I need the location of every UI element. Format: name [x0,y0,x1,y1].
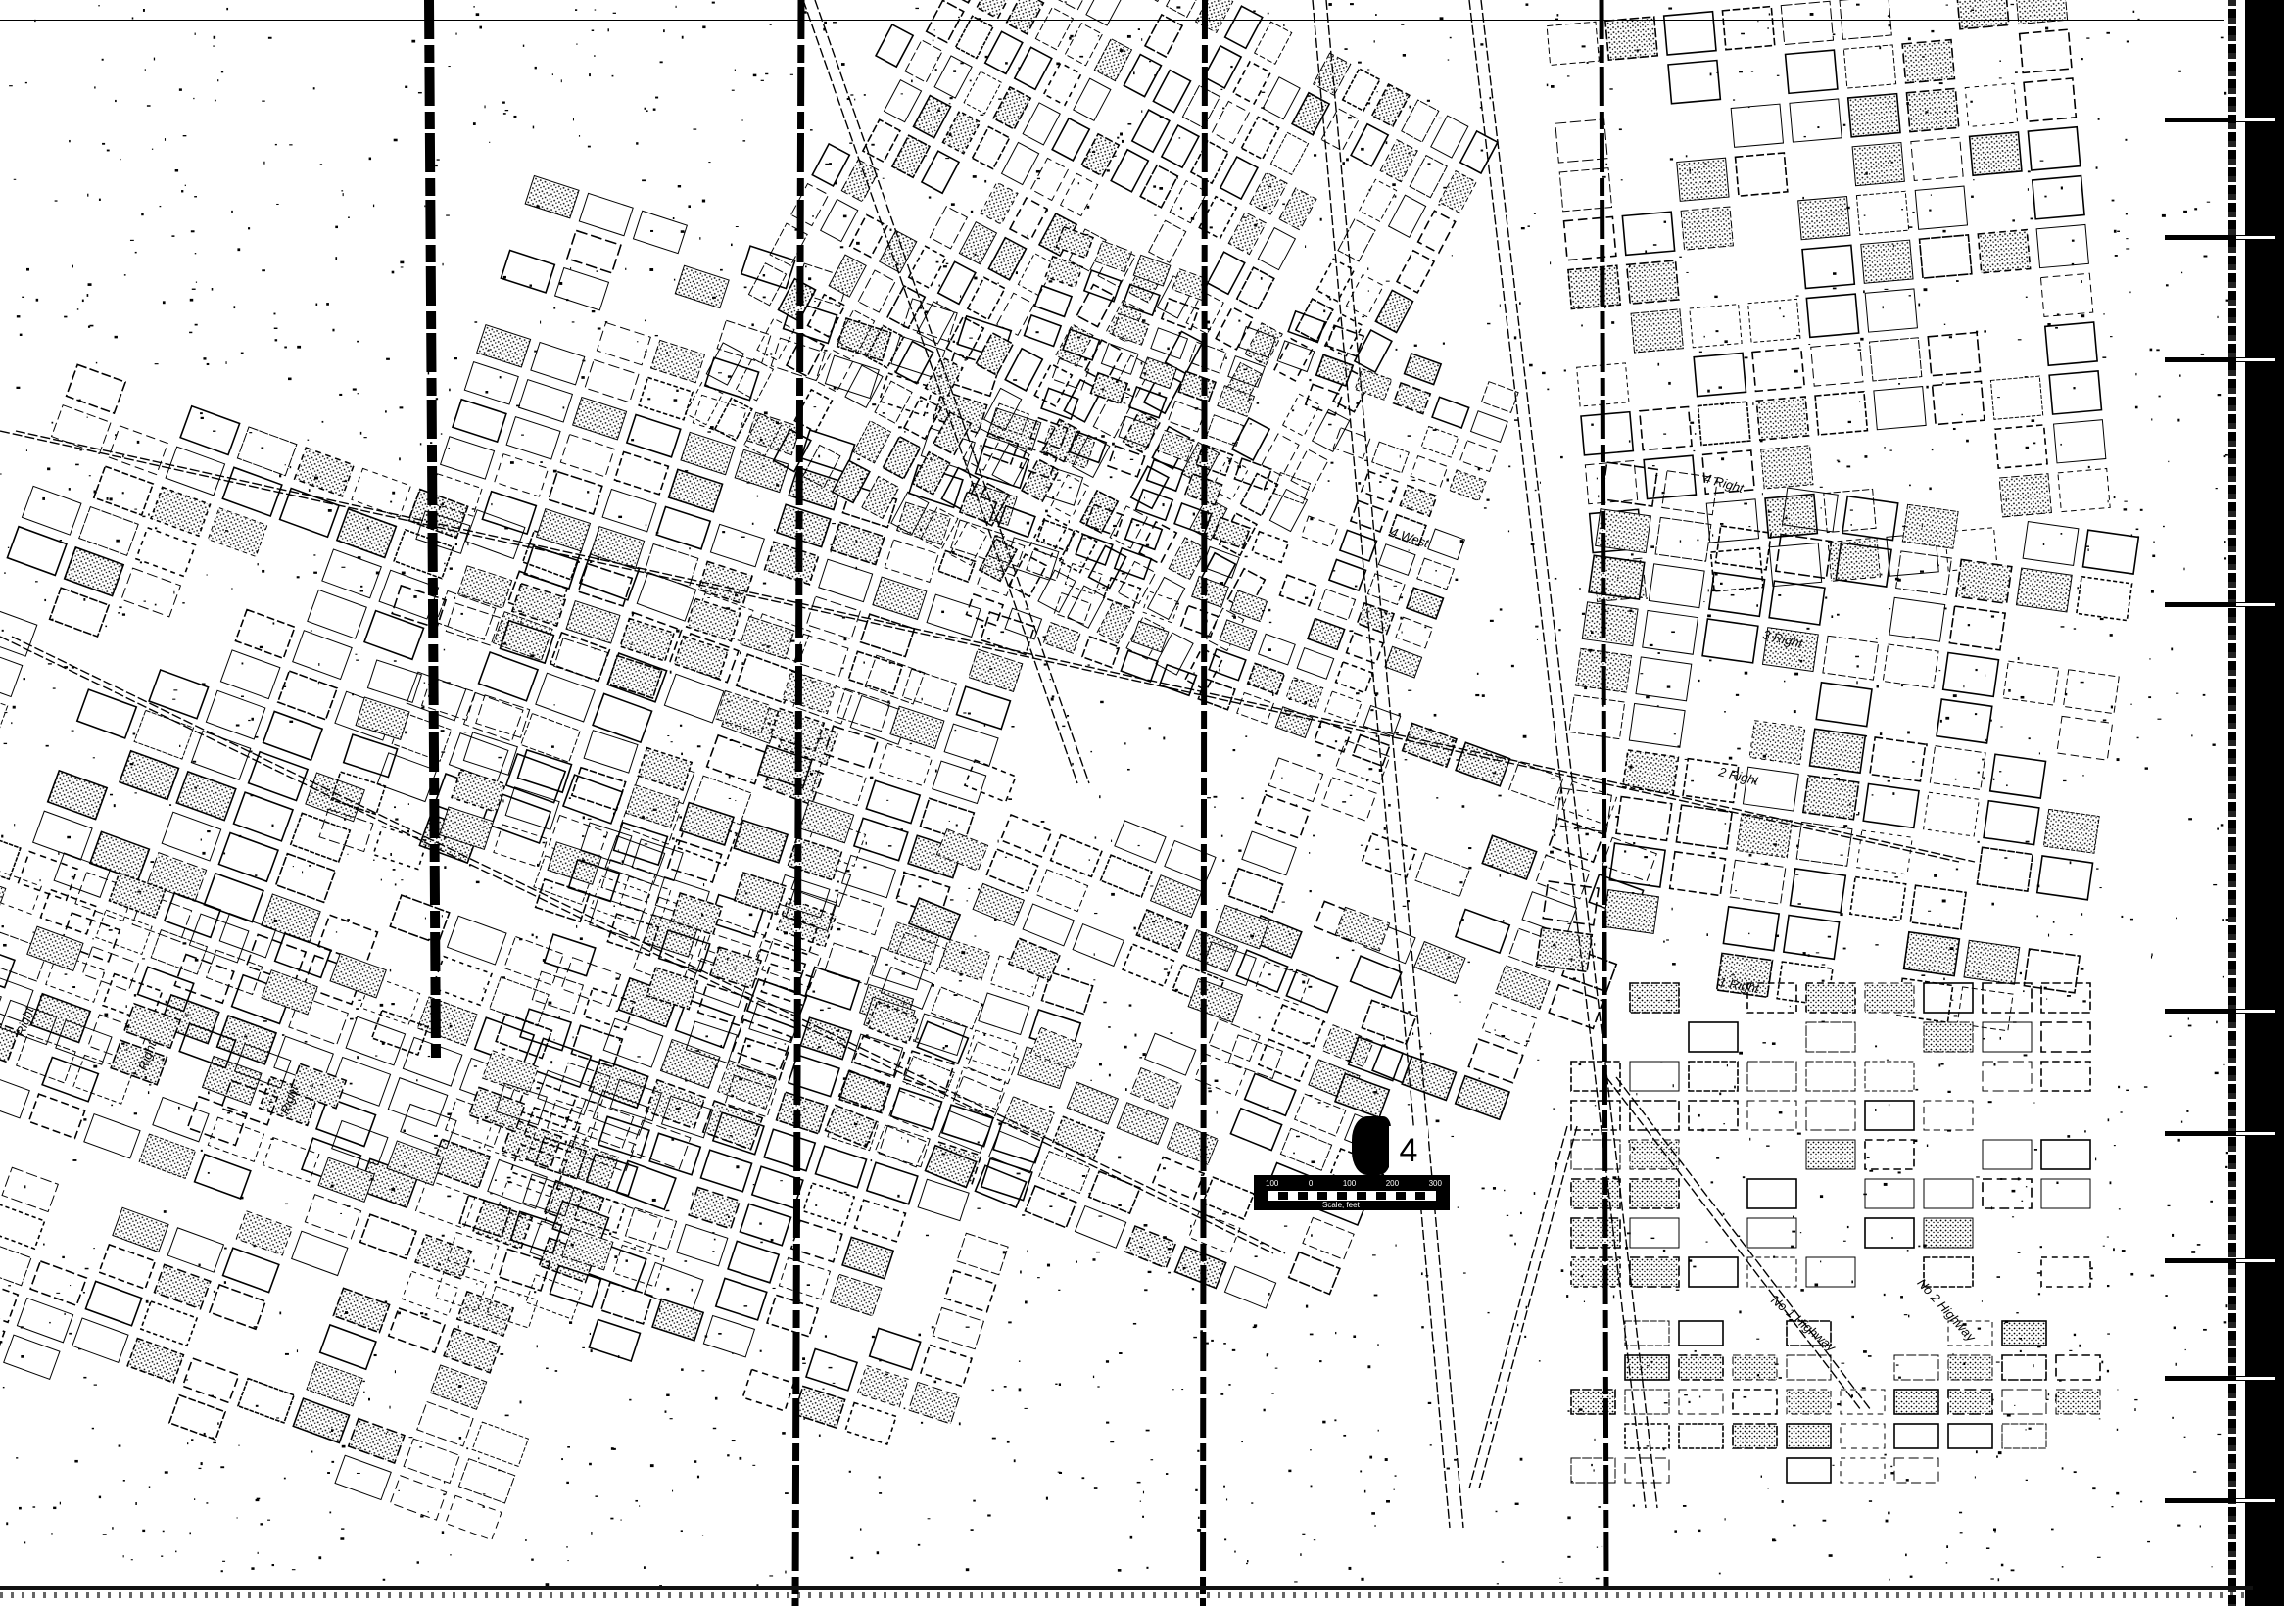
frame-tick-gap [2236,1010,2275,1013]
bottom-frame-line [0,1586,2253,1590]
scale-ticks: 100 0 100 200 300 [1266,1179,1442,1188]
frame-tick-gap [2236,236,2275,239]
scale-tick: 100 [1343,1179,1356,1188]
frame-tick-gap [2236,1132,2275,1135]
sheet-number: 4 [1389,1126,1428,1175]
frame-tick-gap [2236,358,2275,361]
frame-tick-gap [2236,603,2275,606]
scale-bar-graduation [1268,1191,1436,1201]
right-frame-border [2245,0,2284,1606]
frame-tick-gap [2236,1259,2275,1262]
right-frame-inner-border [2228,0,2236,1606]
frame-tick-gap [2236,1499,2275,1502]
sheet-marker-blot [1352,1116,1391,1175]
scale-tick: 300 [1429,1179,1442,1188]
top-frame-line [0,20,2224,21]
bottom-frame-noise [0,1592,2253,1598]
scale-tick: 100 [1266,1179,1278,1188]
scale-bar: 100 0 100 200 300 Scale, feet [1254,1175,1450,1210]
scanned-map-sheet: 4 West4 Right3 Right2 Right1 RightNo 1 H… [0,0,2296,1606]
frame-tick-gap [2236,1377,2275,1380]
scale-tick: 0 [1309,1179,1313,1188]
street-network [0,0,2296,1606]
scale-tick: 200 [1386,1179,1399,1188]
scale-caption: Scale, feet [1322,1201,1360,1209]
frame-tick-gap [2236,118,2275,121]
